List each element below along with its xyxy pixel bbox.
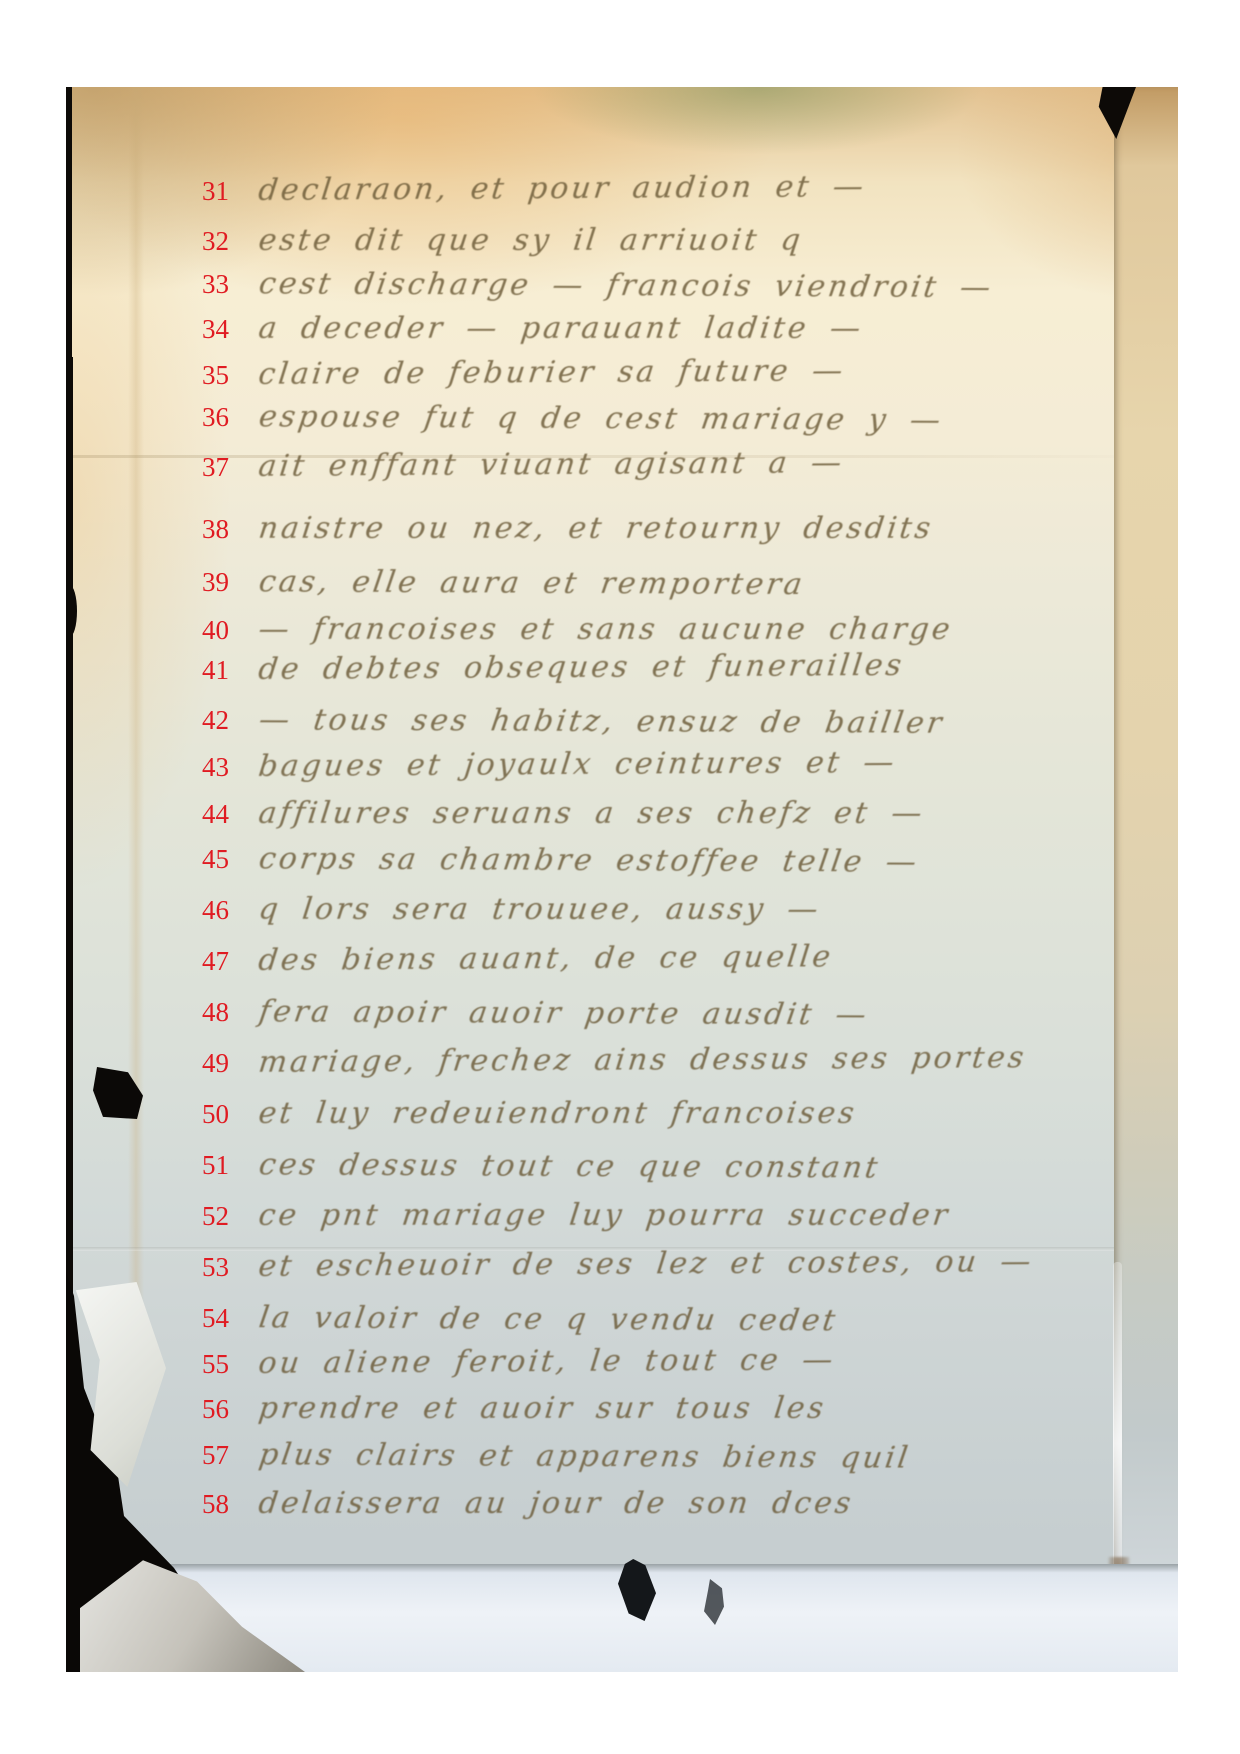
line-handwriting: de debtes obseques et funerailles xyxy=(256,644,907,692)
line-number: 52 xyxy=(184,1194,229,1238)
line-handwriting: bagues et joyaulx ceintures et — xyxy=(256,741,899,789)
line-handwriting: plus clairs et apparens biens quil xyxy=(256,1433,914,1480)
line-number: 56 xyxy=(184,1387,229,1431)
line-number: 37 xyxy=(184,445,229,489)
line-handwriting: este dit que sy il arriuoit q xyxy=(256,219,806,263)
line-handwriting: declaraon, et pour audion et — xyxy=(256,165,869,213)
manuscript-line: 50et luy redeuiendront francoises xyxy=(66,1092,1178,1136)
manuscript-line: 47des biens auant, de ce quelle xyxy=(66,939,1178,983)
line-number: 45 xyxy=(184,837,229,881)
line-number: 47 xyxy=(184,939,229,983)
manuscript-line: 31declaraon, et pour audion et — xyxy=(66,169,1178,213)
manuscript-line: 32este dit que sy il arriuoit q xyxy=(66,219,1178,263)
line-number: 50 xyxy=(184,1092,229,1136)
line-number: 49 xyxy=(184,1041,229,1085)
line-handwriting: delaissera au jour de son dces xyxy=(256,1482,856,1526)
line-number: 43 xyxy=(184,745,229,789)
manuscript-line: 36espouse fut q de cest mariage y — xyxy=(66,395,1178,439)
line-handwriting: q lors sera trouuee, aussy — xyxy=(256,888,823,932)
manuscript-line: 45corps sa chambre estoffee telle — xyxy=(66,837,1178,881)
manuscript-photo: 31declaraon, et pour audion et —32este d… xyxy=(66,87,1178,1672)
line-handwriting: et luy redeuiendront francoises xyxy=(256,1092,859,1136)
line-handwriting: corps sa chambre estoffee telle — xyxy=(256,837,922,884)
line-handwriting: — tous ses habitz, ensuz de bailler xyxy=(256,698,947,746)
manuscript-line: 58delaissera au jour de son dces xyxy=(66,1482,1178,1526)
line-number: 51 xyxy=(184,1143,229,1187)
line-handwriting: cas, elle aura et remportera xyxy=(256,560,808,607)
line-number: 55 xyxy=(184,1342,229,1386)
manuscript-line: 51ces dessus tout ce que constant xyxy=(66,1143,1178,1187)
manuscript-line: 37ait enffant viuant agisant a — xyxy=(66,445,1178,489)
line-number: 40 xyxy=(184,608,229,652)
line-number: 46 xyxy=(184,888,229,932)
manuscript-line: 55ou aliene feroit, le tout ce — xyxy=(66,1342,1178,1386)
line-handwriting: et escheuoir de ses lez et costes, ou — xyxy=(256,1240,1036,1289)
manuscript-line: 41de debtes obseques et funerailles xyxy=(66,648,1178,692)
line-handwriting: ces dessus tout ce que constant xyxy=(256,1143,883,1190)
line-number: 41 xyxy=(184,648,229,692)
manuscript-line: 46q lors sera trouuee, aussy — xyxy=(66,888,1178,932)
manuscript-line: 48fera apoir auoir porte ausdit — xyxy=(66,990,1178,1034)
line-handwriting: prendre et auoir sur tous les xyxy=(256,1387,829,1431)
manuscript-line: 35claire de feburier sa future — xyxy=(66,353,1178,397)
manuscript-line: 38naistre ou nez, et retourny desdits xyxy=(66,507,1178,551)
line-number: 58 xyxy=(184,1482,229,1526)
line-handwriting: ou aliene feroit, le tout ce — xyxy=(256,1338,838,1386)
manuscript-line: 52ce pnt mariage luy pourra succeder xyxy=(66,1194,1178,1238)
line-number: 39 xyxy=(184,560,229,604)
manuscript-line: 43bagues et joyaulx ceintures et — xyxy=(66,745,1178,789)
manuscript-line: 57plus clairs et apparens biens quil xyxy=(66,1433,1178,1477)
line-handwriting: fera apoir auoir porte ausdit — xyxy=(256,990,872,1037)
line-handwriting: naistre ou nez, et retourny desdits xyxy=(256,507,936,551)
line-handwriting: ait enffant viuant agisant a — xyxy=(256,441,847,489)
manuscript-line: 53et escheuoir de ses lez et costes, ou … xyxy=(66,1245,1178,1289)
line-handwriting: ce pnt mariage luy pourra succeder xyxy=(256,1194,953,1238)
line-handwriting: des biens auant, de ce quelle xyxy=(256,935,836,983)
line-handwriting: la valoir de ce q vendu cedet xyxy=(256,1296,841,1343)
line-handwriting: a deceder — parauant ladite — xyxy=(256,307,866,351)
manuscript-line: 44affilures seruans a ses chefz et — xyxy=(66,792,1178,836)
scan-page: 31declaraon, et pour audion et —32este d… xyxy=(0,0,1240,1754)
manuscript-line: 56prendre et auoir sur tous les xyxy=(66,1387,1178,1431)
line-number: 53 xyxy=(184,1245,229,1289)
manuscript-line: 42— tous ses habitz, ensuz de bailler xyxy=(66,698,1178,742)
line-number: 36 xyxy=(184,395,229,439)
line-number: 31 xyxy=(184,169,229,213)
manuscript-line: 39cas, elle aura et remportera xyxy=(66,560,1178,604)
line-handwriting: claire de feburier sa future — xyxy=(256,349,848,397)
manuscript-line: 49mariage, frechez ains dessus ses porte… xyxy=(66,1041,1178,1085)
line-number: 32 xyxy=(184,219,229,263)
line-number: 42 xyxy=(184,698,229,742)
line-number: 54 xyxy=(184,1296,229,1340)
line-number: 44 xyxy=(184,792,229,836)
line-number: 38 xyxy=(184,507,229,551)
line-handwriting: cest discharge — francois viendroit — xyxy=(256,262,996,310)
line-number: 48 xyxy=(184,990,229,1034)
manuscript-line: 54la valoir de ce q vendu cedet xyxy=(66,1296,1178,1340)
line-handwriting: espouse fut q de cest mariage y — xyxy=(256,395,946,443)
line-number: 57 xyxy=(184,1433,229,1477)
line-number: 33 xyxy=(184,262,229,306)
manuscript-line: 33cest discharge — francois viendroit — xyxy=(66,262,1178,306)
line-handwriting: mariage, frechez ains dessus ses portes xyxy=(256,1036,1029,1085)
line-number: 34 xyxy=(184,307,229,351)
line-number: 35 xyxy=(184,353,229,397)
manuscript-line: 34a deceder — parauant ladite — xyxy=(66,307,1178,351)
line-handwriting: affilures seruans a ses chefz et — xyxy=(256,792,927,836)
manuscript-lines: 31declaraon, et pour audion et —32este d… xyxy=(66,87,1178,1672)
